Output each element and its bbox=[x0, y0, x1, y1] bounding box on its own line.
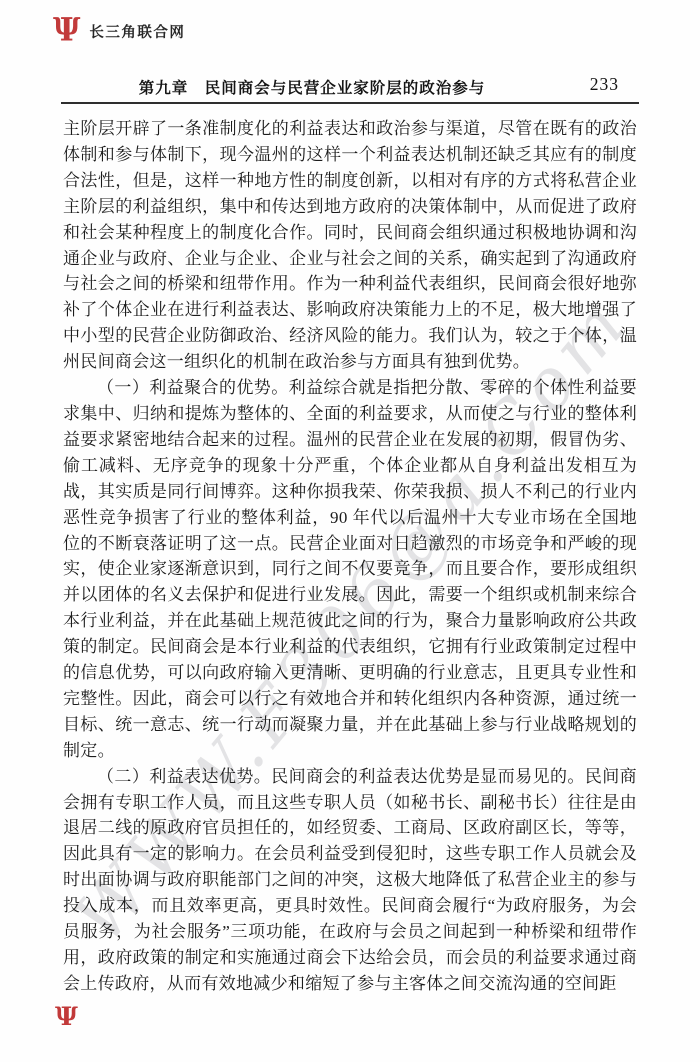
body-text: 主阶层开辟了一条准制度化的利益表达和政治参与渠道，尽管在既有的政治体制和参与体制… bbox=[63, 116, 637, 997]
site-logo-icon: Ψ bbox=[53, 15, 80, 47]
footer-logo-icon: Ψ bbox=[55, 1004, 78, 1029]
chapter-title: 第九章 民间商会与民营企业家阶层的政治参与 bbox=[139, 76, 486, 98]
site-logo: Ψ 长三角联合网 bbox=[53, 16, 185, 46]
book-page: WWW.F306@a.Com Ψ 长三角联合网 第九章 民间商会与民营企业家阶层… bbox=[0, 0, 700, 1062]
paragraph-interest-expression: （二）利益表达优势。民间商会的利益表达优势是显而易见的。民间商会拥有专职工作人员… bbox=[63, 764, 637, 997]
page-number: 233 bbox=[590, 74, 619, 95]
running-head: 第九章 民间商会与民营企业家阶层的政治参与 233 bbox=[63, 76, 637, 98]
header-rule bbox=[61, 102, 639, 104]
site-logo-text: 长三角联合网 bbox=[89, 21, 185, 42]
paragraph-interest-aggregation: （一）利益聚合的优势。利益综合就是指把分散、零碎的个体性利益要求集中、归纳和提炼… bbox=[63, 375, 637, 764]
paragraph-continuation: 主阶层开辟了一条准制度化的利益表达和政治参与渠道，尽管在既有的政治体制和参与体制… bbox=[63, 116, 637, 375]
